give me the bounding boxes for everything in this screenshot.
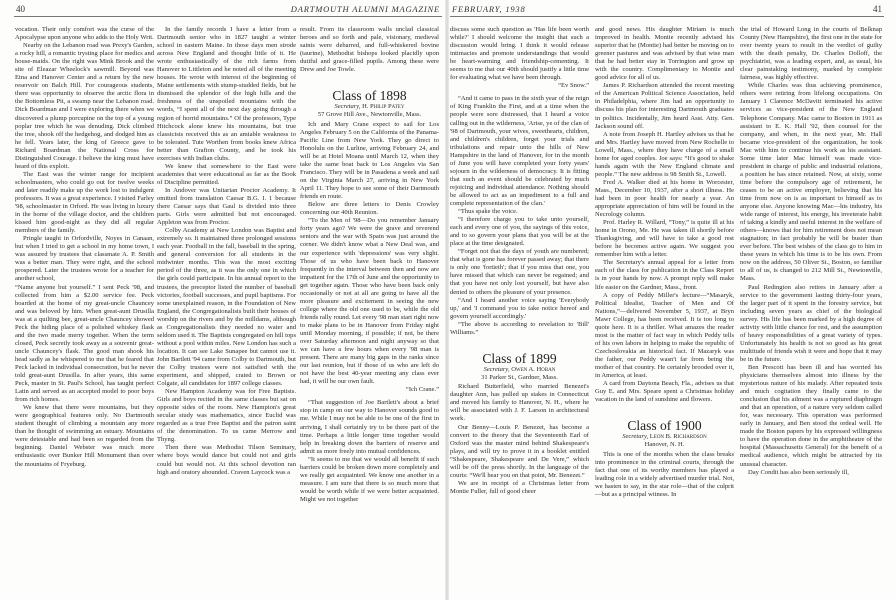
magazine-title: DARTMOUTH ALUMNI MAGAZINE [291, 4, 440, 14]
paragraph: We knew that somewhere to the East were … [157, 163, 296, 187]
column-2: In the family records I have a letter fr… [157, 26, 296, 477]
paragraph: Fred A. Walker died at his home in Worce… [595, 179, 734, 219]
class-heading-1899: Class of 1899 [450, 351, 589, 366]
secretary-label: Secretary, [622, 433, 648, 440]
column-5: and good news. His daughter Miriam is mu… [595, 26, 734, 499]
secretary-label: Secretary, [484, 366, 510, 373]
paragraph: result. From its classroom walls unclad … [300, 26, 439, 74]
issue-date: FEBRUARY, 1938 [452, 4, 526, 14]
paragraph: In Andover was Unitarian Proctor Academy… [157, 187, 296, 227]
paragraph: A copy of Peddy Miller's lecture—“Masary… [595, 292, 734, 381]
paragraph: Our Benny—Louis P. Benezet, has become a… [450, 424, 589, 480]
paragraph: A note from Joseph H. Hartley advises us… [595, 131, 734, 179]
header-rule [14, 16, 442, 17]
paragraph: the trial of Howard Long in the courts o… [740, 26, 882, 82]
class-heading-1900: Class of 1900 [595, 418, 734, 433]
paragraph: “The above is according to revelation to… [450, 321, 589, 337]
class-secretary: Secretary, Leon B. Richardson [595, 433, 734, 441]
paragraph: Day Condit has also been seriously ill, [740, 469, 882, 477]
column-6: the trial of Howard Long in the courts o… [740, 26, 882, 477]
paragraph: Pringle taught in Orfordville, Noyes in … [15, 235, 154, 283]
secretary-address: 57 Grove Hill Ave., Newtonville, Mass. [300, 111, 439, 120]
letter-signature: “Ich Crane.” [300, 386, 439, 394]
paragraph: Paul Redington also retires in January a… [740, 284, 882, 364]
paragraph: A card from Daytona Beach, Fla., advises… [595, 380, 734, 404]
paragraph: This is one of the months when the class… [595, 451, 734, 499]
paragraph: “It seems to me that we would all benefi… [300, 456, 439, 504]
secretary-name: H. Philip Patey [362, 103, 404, 110]
paragraph: “And I heard another voice saying 'Every… [450, 297, 589, 321]
letter-signature: “Ev Snow.” [450, 82, 589, 90]
secretary-name: Owen A. Hoban [511, 366, 555, 373]
paragraph: “I therefore charge you to take unto you… [450, 216, 589, 248]
paragraph: The East was the winter range for incipi… [15, 171, 154, 235]
right-page: FEBRUARY, 1938 41 discuss some such ques… [448, 0, 896, 600]
paragraph: Below are three letters to Denis Crowley… [300, 201, 439, 217]
paragraph: “Thus spake the voice. [450, 208, 589, 216]
paragraph: In the family records I have a letter fr… [157, 26, 296, 163]
column-1: vocation. Their only comfort was the cur… [15, 26, 154, 469]
paragraph: discuss some such question as 'Has life … [450, 26, 589, 82]
paragraph: The Secretary's annual appeal for a lett… [595, 259, 734, 291]
secretary-name: Leon B. Richardson [650, 433, 707, 440]
paragraph: “And it came to pass in the sixth year o… [450, 95, 589, 208]
paragraph: Richard Butterfield, who married Benezet… [450, 383, 589, 423]
secretary-label: Secretary, [335, 103, 361, 110]
class-secretary: Secretary, H. Philip Patey [300, 103, 439, 111]
magazine-spread: 40 DARTMOUTH ALUMNI MAGAZINE vocation. T… [0, 0, 896, 600]
paragraph: and good news. His daughter Miriam is mu… [595, 26, 734, 82]
paragraph: “Forget not that the days of youth are n… [450, 248, 589, 296]
paragraph: Ben Prescott has been ill and has worrie… [740, 364, 882, 469]
paragraph: “Name anyone but yourself.” I sent Peck … [15, 284, 154, 405]
paragraph: We knew that there were mountains, but t… [15, 404, 154, 468]
paragraph: vocation. Their only comfort was the cur… [15, 26, 154, 42]
column-4: discuss some such question as 'Has life … [450, 26, 589, 496]
paragraph: Then there was Methodist Tilson Seminary… [157, 444, 296, 476]
column-3: result. From its classroom walls unclad … [300, 26, 439, 504]
paragraph: Colby Academy at New London was Baptist … [157, 227, 296, 388]
secretary-address: Hanover, N. H. [595, 441, 734, 450]
paragraph: Nearby on the Lebanon road was Prexy's G… [15, 42, 154, 171]
paragraph: Prof. Harley R. Willard, “Tony,” is quit… [595, 219, 734, 259]
paragraph: New Hampton Academy was for Free Baptist… [157, 388, 296, 444]
paragraph: James P. Richardson attended the recent … [595, 82, 734, 130]
paragraph: “That suggestion of Joe Bartlett's about… [300, 399, 439, 455]
paragraph: “To the Men of '98—Do you remember Janua… [300, 217, 439, 386]
header-rule [450, 16, 884, 17]
secretary-address: 31 Parker St., Gardner, Mass. [450, 374, 589, 383]
page-number: 40 [16, 4, 25, 14]
left-page: 40 DARTMOUTH ALUMNI MAGAZINE vocation. T… [0, 0, 446, 600]
class-heading-1898: Class of 1898 [300, 88, 439, 103]
class-secretary: Secretary, Owen A. Hoban [450, 366, 589, 374]
paragraph: We are in receipt of a Christmas letter … [450, 480, 589, 496]
paragraph: While Charles was thus achieving promine… [740, 82, 882, 283]
page-number: 41 [873, 4, 882, 14]
paragraph: Ich and Mary Crane expect to sail for Lo… [300, 121, 439, 201]
